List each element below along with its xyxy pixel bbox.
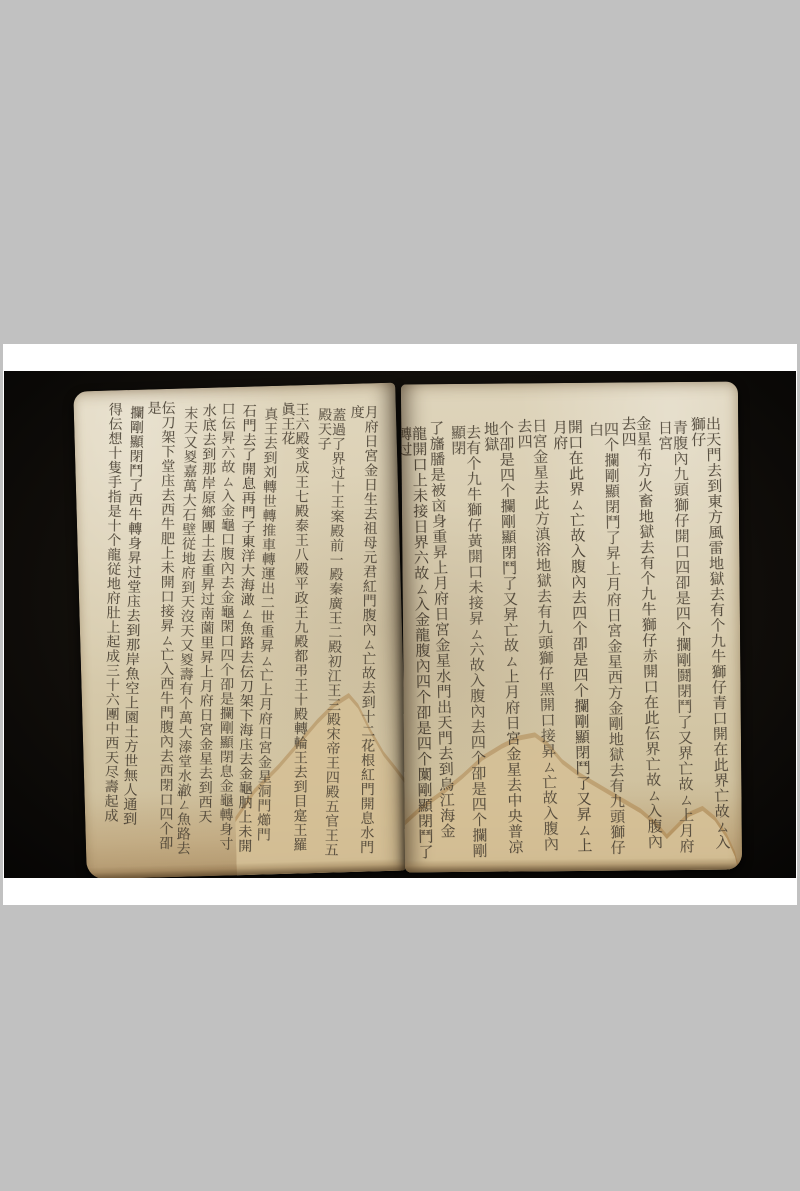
right-page-shading: [401, 382, 742, 873]
manuscript-right-page: 出天門去到東方風雷地獄去有个九牛獅仔青口開在此界亡故ㄙ入獅仔青腹內九頭獅仔開口四…: [401, 382, 742, 873]
manuscript-left-page: 月府日宮金日生去祖母元君紅門腹內ㄙ亡故去到十二花根紅門開息水門度蓋過了界过十王案…: [73, 383, 409, 878]
right-page-sheet-edge: [405, 858, 742, 873]
right-page-paper: 出天門去到東方風雷地獄去有个九牛獅仔青口開在此界亡故ㄙ入獅仔青腹內九頭獅仔開口四…: [401, 382, 742, 873]
screenshot-root: { "colors": { "page_background": "#c1c1c…: [0, 0, 800, 1191]
left-page-paper: 月府日宮金日生去祖母元君紅門腹內ㄙ亡故去到十二花根紅門開息水門度蓋過了界过十王案…: [73, 383, 409, 878]
left-page-shading: [73, 383, 409, 878]
manuscript-photograph: 月府日宮金日生去祖母元君紅門腹內ㄙ亡故去到十二花根紅門開息水門度蓋過了界过十王案…: [4, 371, 796, 878]
